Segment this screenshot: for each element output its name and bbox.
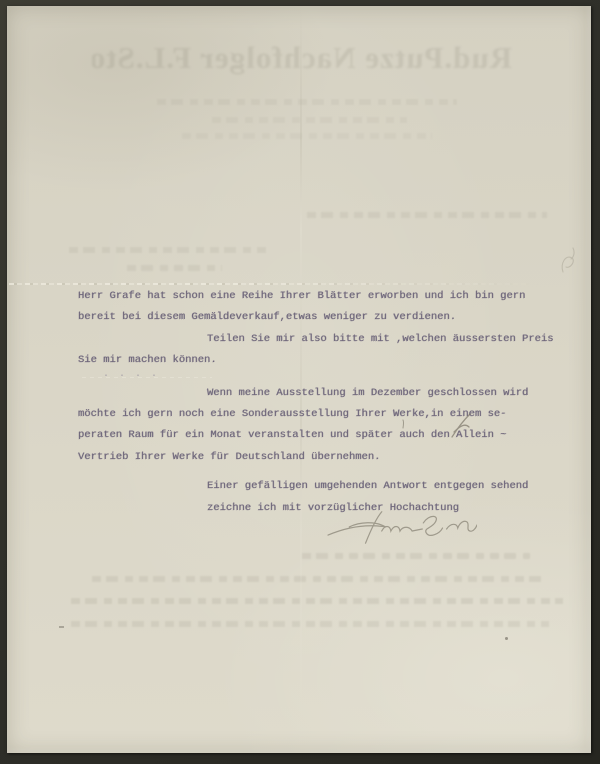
bleed-through-line	[92, 576, 544, 582]
bleed-through-line	[182, 133, 432, 139]
letter-line: Teilen Sie mir also bitte mit ,welchen ä…	[78, 329, 558, 350]
bleed-through-line	[69, 247, 269, 253]
bleed-through-line	[71, 621, 549, 627]
bleed-through-line	[307, 212, 547, 218]
letter-line: möchte ich gern noch eine Sonderausstell…	[78, 404, 558, 425]
bleed-through-line	[71, 598, 563, 604]
bleed-through-line	[212, 117, 407, 123]
bleed-through-line	[157, 99, 457, 105]
ink-speck	[505, 637, 508, 640]
letter-line: Vertrieb Ihrer Werke für Deutschland übe…	[78, 447, 558, 468]
letter-line: Wenn meine Ausstellung im Dezember gesch…	[78, 383, 558, 404]
scan-background: { "document_kind": "scanned typewritten …	[0, 0, 600, 764]
faint-dots-row: . . . .	[103, 369, 183, 380]
horizontal-fold-crease	[9, 283, 569, 285]
bleed-through-line	[302, 553, 530, 559]
letter-line: peraten Raum für ein Monat veranstalten …	[78, 425, 558, 446]
letter-line: Herr Grafe hat schon eine Reihe Ihrer Bl…	[78, 286, 558, 307]
pencil-signature	[325, 506, 477, 552]
pencil-apostrophe-mark	[399, 419, 406, 430]
pencil-margin-smudge	[555, 242, 583, 280]
ink-speck	[59, 626, 64, 628]
letter-line: zeichne ich mit vorzüglicher Hochachtung	[78, 498, 558, 519]
letter-body: Herr Grafe hat schon eine Reihe Ihrer Bl…	[78, 286, 558, 519]
letter-page: Rud.Putze Nachfolger F.L.Stoi Herr Grafe…	[7, 6, 591, 753]
bleed-through-line	[127, 265, 222, 271]
bleed-through-letterhead: Rud.Putze Nachfolger F.L.Stoi	[92, 40, 512, 86]
letter-line: bereit bei diesem Gemäldeverkauf,etwas w…	[78, 307, 558, 328]
letter-line: Einer gefälligen umgehenden Antwort entg…	[78, 476, 558, 497]
pencil-correction-mark	[448, 412, 474, 440]
